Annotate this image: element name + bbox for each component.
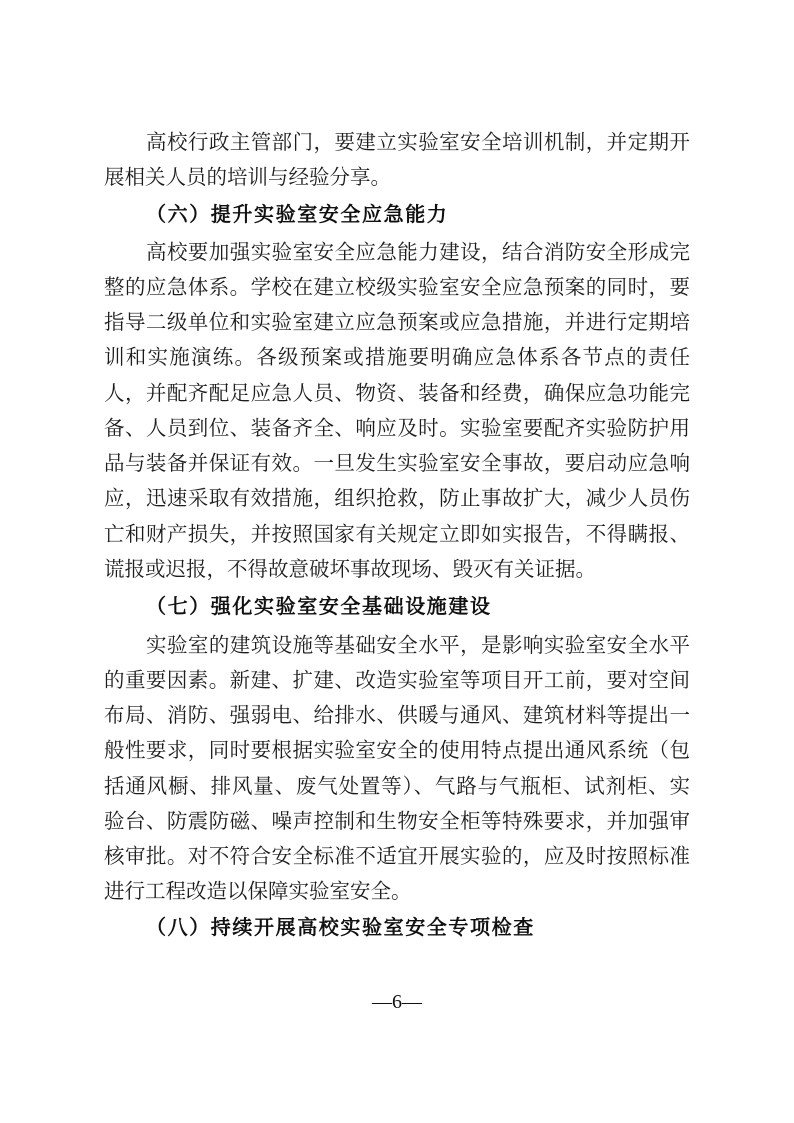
- paragraph-line: 布局、消防、强弱电、给排水、供暖与通风、建筑材料等提出一: [104, 700, 690, 730]
- paragraph-line: 的重要因素。新建、扩建、改造实验室等项目开工前，要对空间: [104, 665, 690, 695]
- page-number: —6—: [0, 988, 794, 1016]
- document-page: 高校行政主管部门，要建立实验室安全培训机制，并定期开展相关人员的培训与经验分享。…: [0, 0, 794, 1123]
- paragraph-first-line: 高校要加强实验室安全应急能力建设，结合消防安全形成完: [146, 237, 690, 267]
- paragraph-line: 核审批。对不符合安全标准不适宜开展实验的，应及时按照标准: [104, 841, 690, 871]
- paragraph-line: 验台、防震防磁、噪声控制和生物安全柜等特殊要求，并加强审: [104, 806, 690, 836]
- paragraph-line: 般性要求，同时要根据实验室安全的使用特点提出通风系统（包: [104, 735, 690, 765]
- section-heading: （七）强化实验室安全基础设施建设: [146, 591, 492, 621]
- paragraph-first-line: 实验室的建筑设施等基础安全水平，是影响实验室安全水平: [146, 630, 690, 660]
- paragraph-line: 谎报或迟报，不得故意破坏事故现场、毁灭有关证据。: [104, 554, 690, 584]
- paragraph-line: 进行工程改造以保障实验室安全。: [104, 876, 690, 906]
- paragraph-line: 人，并配齐配足应急人员、物资、装备和经费，确保应急功能完: [104, 378, 690, 408]
- paragraph-line: 括通风橱、排风量、废气处置等）、气路与气瓶柜、试剂柜、实: [104, 771, 690, 801]
- paragraph-line: 品与装备并保证有效。一旦发生实验室安全事故，要启动应急响: [104, 448, 690, 478]
- paragraph-first-line: 高校行政主管部门，要建立实验室安全培训机制，并定期开: [146, 127, 690, 157]
- section-heading: （八）持续开展高校实验室安全专项检查: [146, 912, 535, 942]
- paragraph-line: 备、人员到位、装备齐全、响应及时。实验室要配齐实验防护用: [104, 413, 690, 443]
- paragraph-line: 应，迅速采取有效措施，组织抢救，防止事故扩大，减少人员伤: [104, 483, 690, 513]
- paragraph-line: 训和实施演练。各级预案或措施要明确应急体系各节点的责任: [104, 342, 690, 372]
- section-heading: （六）提升实验室安全应急能力: [146, 199, 448, 229]
- paragraph-line: 指导二级单位和实验室建立应急预案或应急措施，并进行定期培: [104, 307, 690, 337]
- paragraph-line: 展相关人员的培训与经验分享。: [104, 162, 690, 192]
- paragraph-line: 整的应急体系。学校在建立校级实验室安全应急预案的同时，要: [104, 272, 690, 302]
- paragraph-line: 亡和财产损失，并按照国家有关规定立即如实报告，不得瞒报、: [104, 519, 690, 549]
